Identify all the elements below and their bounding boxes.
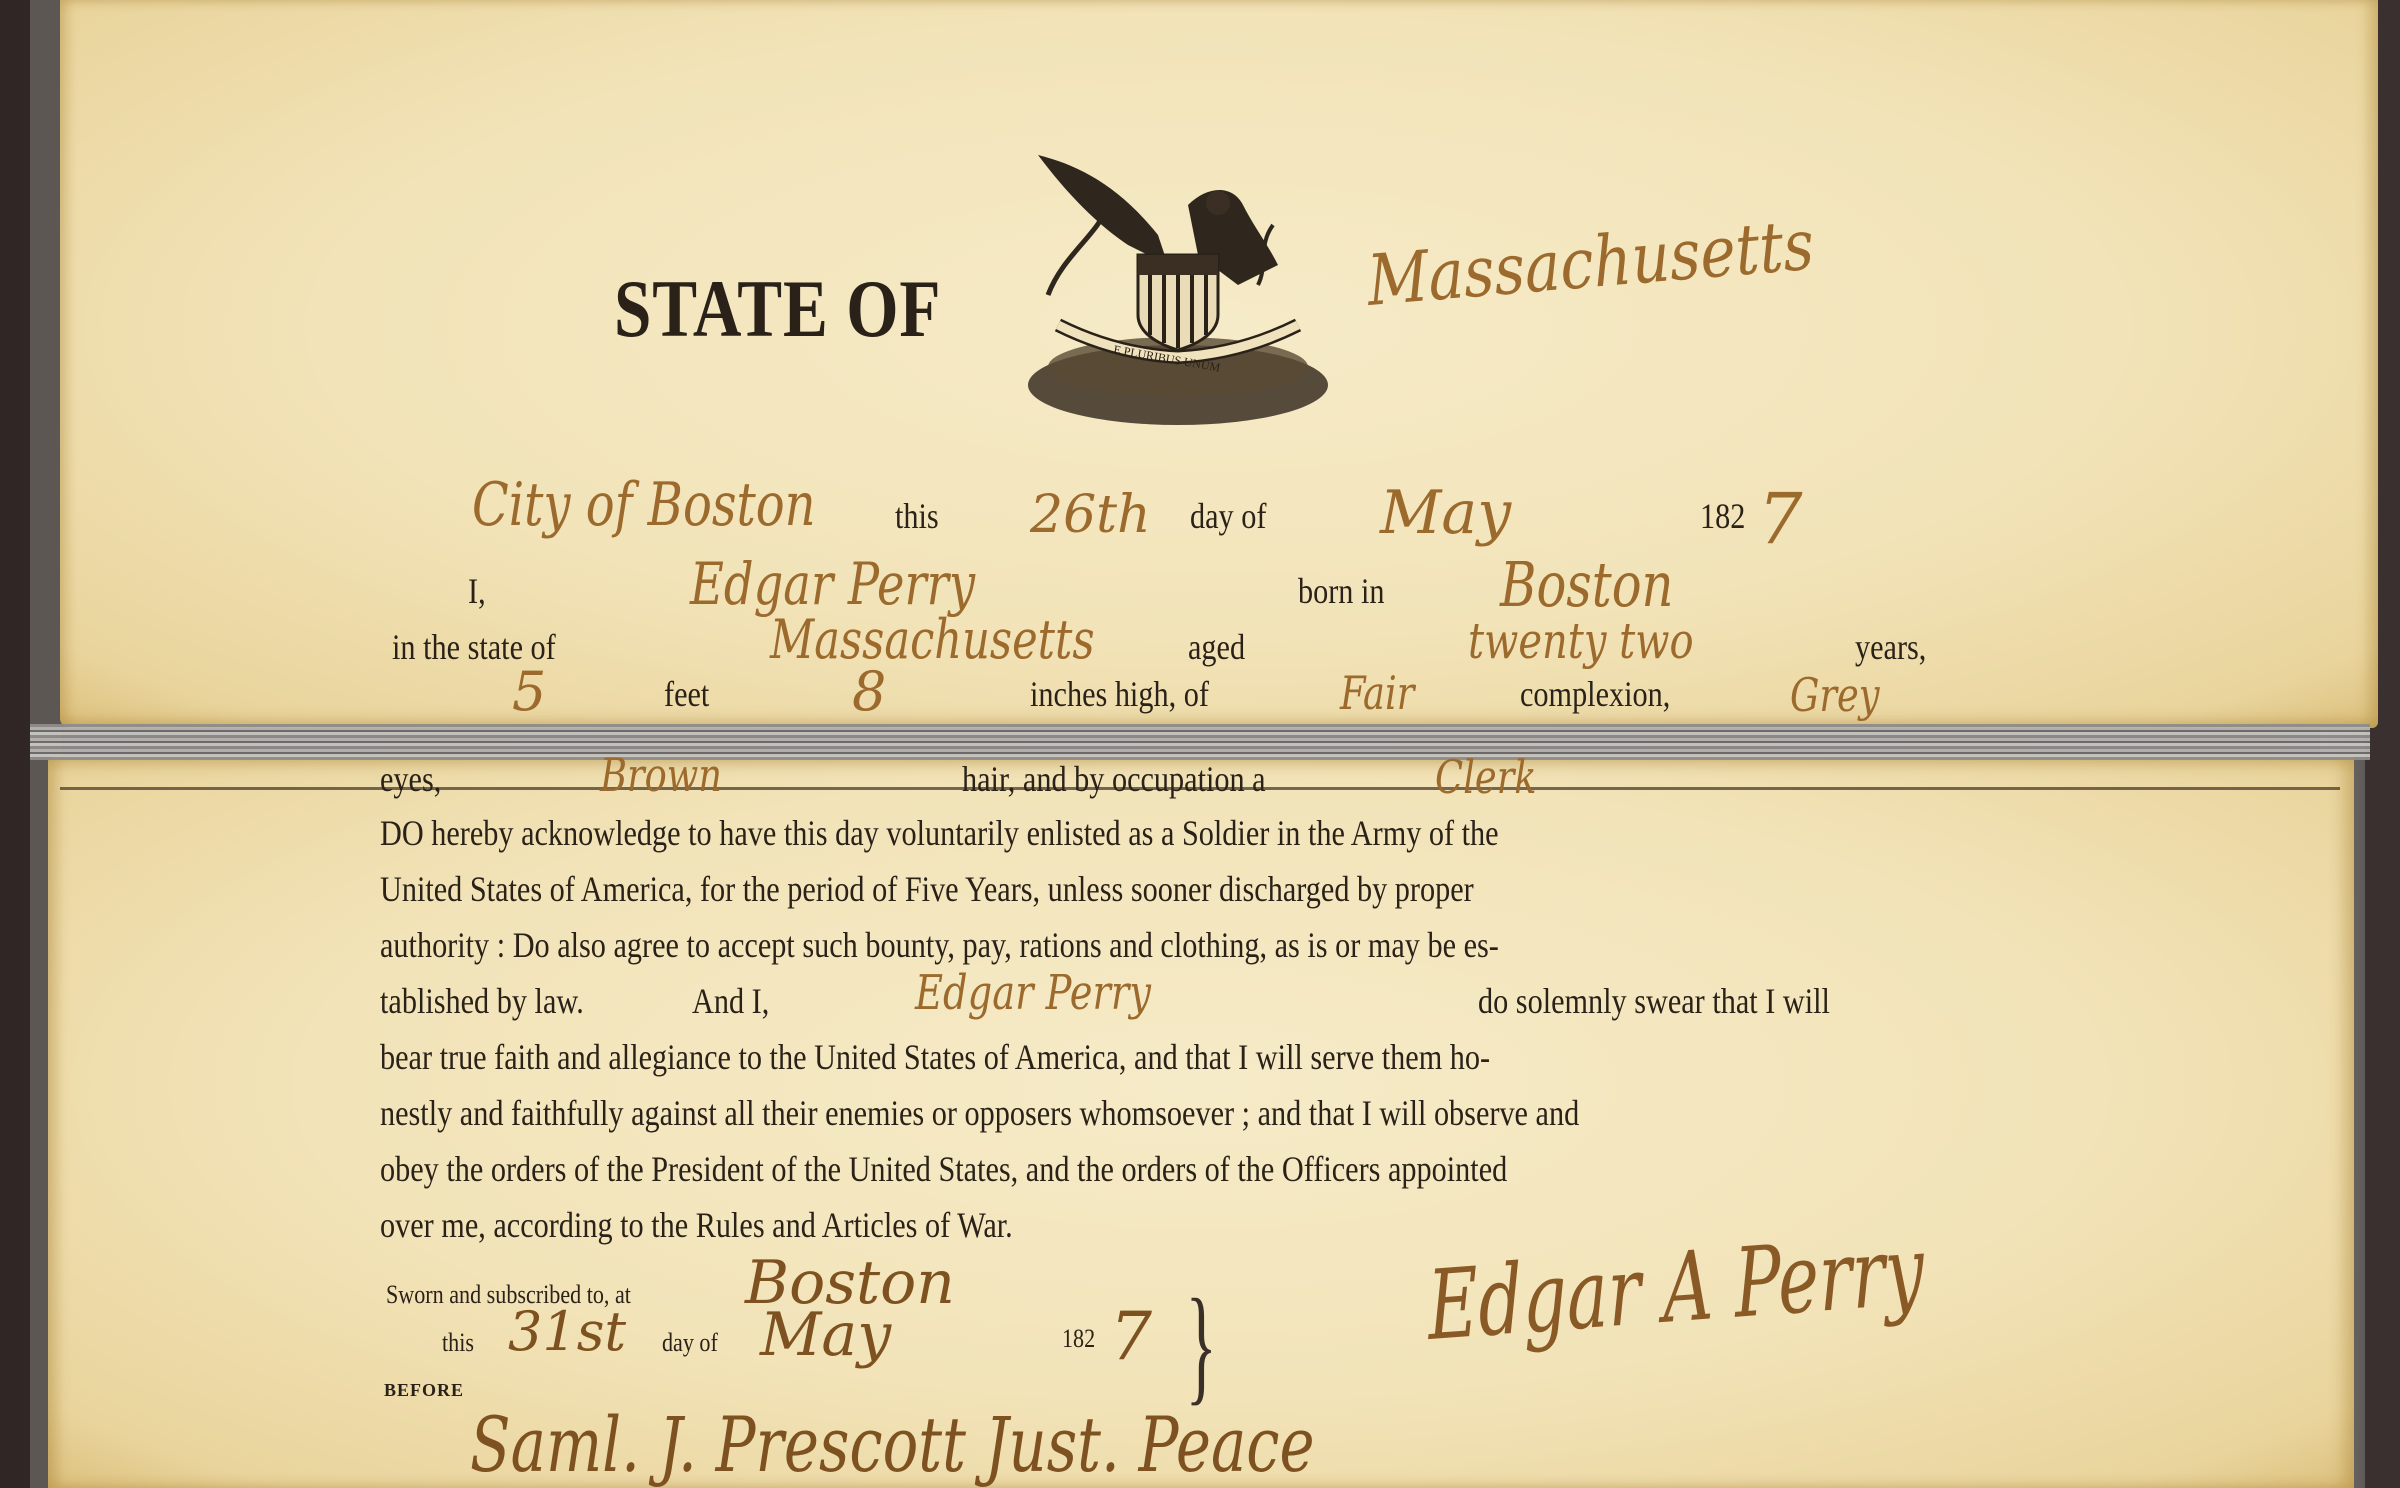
paragraph-line-7: obey the orders of the President of the … xyxy=(380,1148,1507,1190)
birthplace: Boston xyxy=(1500,548,1674,621)
aged-label: aged xyxy=(1188,626,1245,668)
complexion-label: complexion, xyxy=(1520,673,1670,715)
complexion: Fair xyxy=(1340,666,1414,720)
year-prefix: 182 xyxy=(1700,495,1745,537)
age: twenty two xyxy=(1468,612,1694,670)
sworn-day-of-label: day of xyxy=(662,1328,718,1358)
hair-color: Brown xyxy=(600,748,722,802)
justice-signature: Saml. J. Prescott Just. Peace xyxy=(470,1400,1315,1488)
enlist-day: 26th xyxy=(1030,485,1151,545)
eye-color: Grey xyxy=(1790,668,1880,722)
eagle-seal-icon: E PLURIBUS UNUM xyxy=(1018,145,1328,435)
birth-state: Massachusetts xyxy=(770,608,1095,671)
born-in-label: born in xyxy=(1298,570,1385,612)
sworn-year-prefix: 182 xyxy=(1062,1324,1095,1354)
sworn-month: May xyxy=(760,1300,891,1370)
paragraph-line-6: nestly and faithfully against all their … xyxy=(380,1092,1579,1134)
day-of-label: day of xyxy=(1190,495,1266,537)
paragraph-line-2: United States of America, for the period… xyxy=(380,868,1474,910)
paragraph-line-4: tablished by law. xyxy=(380,980,584,1022)
oath-name: Edgar Perry xyxy=(915,965,1151,1021)
paragraph-line-1: DO hereby acknowledge to have this day v… xyxy=(380,812,1499,854)
inches-label: inches high, of xyxy=(1030,673,1209,715)
occupation: Clerk xyxy=(1435,750,1537,804)
sworn-year-suffix: 7 xyxy=(1110,1298,1152,1375)
year-suffix: 7 xyxy=(1758,478,1803,560)
feet-label: feet xyxy=(664,673,709,715)
before-label: BEFORE xyxy=(384,1380,464,1401)
document-title: STATE OF xyxy=(614,262,941,356)
height-inches: 8 xyxy=(852,660,886,723)
paragraph-line-3: authority : Do also agree to accept such… xyxy=(380,924,1499,966)
sworn-this-label: this xyxy=(442,1328,474,1358)
eyes-label: eyes, xyxy=(380,758,441,800)
and-i-label: And I, xyxy=(692,980,769,1022)
brace-icon: } xyxy=(1186,1270,1217,1420)
years-label: years, xyxy=(1855,626,1926,668)
hair-label: hair, and by occupation a xyxy=(962,758,1266,800)
fold-tape xyxy=(30,724,2370,760)
paragraph-line-5: bear true faith and allegiance to the Un… xyxy=(380,1036,1490,1078)
city-handwritten: City of Boston xyxy=(472,470,816,540)
swear-label: do solemnly swear that I will xyxy=(1478,980,1830,1022)
enlist-month: May xyxy=(1380,478,1511,548)
i-label: I, xyxy=(468,570,486,612)
height-feet: 5 xyxy=(512,660,546,723)
sworn-day: 31st xyxy=(508,1300,626,1363)
this-label: this xyxy=(895,495,939,537)
paragraph-line-8: over me, according to the Rules and Arti… xyxy=(380,1204,1013,1246)
